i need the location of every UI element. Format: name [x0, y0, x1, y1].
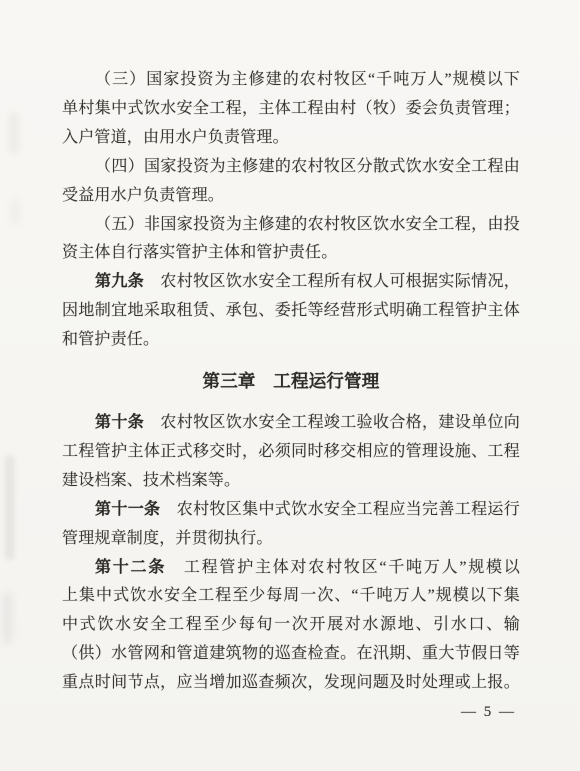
paragraph-line: 建设档案、技术档案等。 — [62, 467, 520, 496]
line-text: 农村牧区集中式饮水安全工程应当完善工程运行 — [160, 501, 520, 518]
scan-artifact — [3, 592, 12, 644]
paragraph-line: 和管护责任。 — [62, 326, 520, 355]
paragraph-line: 重点时间节点，应当增加巡查频次，发现问题及时处理或上报。 — [62, 669, 520, 698]
paragraph-line: 入户管道，由用水户负责管理。 — [62, 124, 520, 153]
line-text: 管理规章制度，并贯彻执行。 — [62, 530, 273, 547]
line-text: 因地制宜地采取租赁、承包、委托等经营形式明确工程管护主体 — [62, 302, 520, 319]
paragraph-line: （供）水管网和管道建筑物的巡查检查。在汛期、重大节假日等 — [62, 640, 520, 669]
article-line: 第十一条 农村牧区集中式饮水安全工程应当完善工程运行 — [62, 496, 520, 525]
paragraph-line: 中式饮水安全工程至少每旬一次开展对水源地、引水口、输 — [62, 611, 520, 640]
chapter-heading-text: 第三章 工程运行管理 — [203, 371, 380, 391]
page-number: — 5 — — [62, 698, 520, 727]
line-text: 中式饮水安全工程至少每旬一次开展对水源地、引水口、输 — [62, 616, 520, 633]
article-number: 第十二条 — [95, 559, 166, 576]
paragraph-line: 工程管护主体正式移交时，必须同时移交相应的管理设施、工程 — [62, 438, 520, 467]
line-text: 受益用水户负责管理。 — [62, 187, 224, 204]
line-text: 单村集中式饮水安全工程，主体工程由村（牧）委会负责管理； — [62, 100, 520, 117]
line-text: （三）国家投资为主修建的农村牧区“千吨万人”规模以下 — [95, 71, 520, 88]
scanned-document-page: （三）国家投资为主修建的农村牧区“千吨万人”规模以下 单村集中式饮水安全工程，主… — [0, 0, 580, 771]
line-text: （五）非国家投资为主修建的农村牧区饮水安全工程，由投 — [95, 216, 520, 233]
paragraph-line: 管理规章制度，并贯彻执行。 — [62, 525, 520, 554]
article-line: 第十二条 工程管护主体对农村牧区“千吨万人”规模以 — [62, 554, 520, 583]
paragraph-line: 因地制宜地采取租赁、承包、委托等经营形式明确工程管护主体 — [62, 297, 520, 326]
line-text: 工程管护主体正式移交时，必须同时移交相应的管理设施、工程 — [62, 443, 520, 460]
vertical-spacer — [62, 355, 520, 367]
line-text: 农村牧区饮水安全工程竣工验收合格，建设单位向 — [144, 414, 520, 431]
document-text-block: （三）国家投资为主修建的农村牧区“千吨万人”规模以下 单村集中式饮水安全工程，主… — [62, 66, 520, 727]
line-text: 和管护责任。 — [62, 331, 159, 348]
line-text: 工程管护主体对农村牧区“千吨万人”规模以 — [166, 559, 520, 576]
paragraph-line: 受益用水户负责管理。 — [62, 182, 520, 211]
paragraph-line: （四）国家投资为主修建的农村牧区分散式饮水安全工程由 — [62, 153, 520, 182]
vertical-spacer — [62, 396, 520, 409]
paragraph-line: 资主体自行落实管护主体和管护责任。 — [62, 239, 520, 268]
paragraph-line: 单村集中式饮水安全工程，主体工程由村（牧）委会负责管理； — [62, 95, 520, 124]
article-number: 第十条 — [95, 414, 144, 431]
chapter-heading: 第三章 工程运行管理 — [62, 367, 520, 396]
paragraph-line: 上集中式饮水安全工程至少每周一次、“千吨万人”规模以下集 — [62, 582, 520, 611]
line-text: 入户管道，由用水户负责管理。 — [62, 129, 289, 146]
line-text: 农村牧区饮水安全工程所有权人可根据实际情况， — [144, 273, 520, 290]
line-text: （供）水管网和管道建筑物的巡查检查。在汛期、重大节假日等 — [62, 645, 520, 662]
article-line: 第十条 农村牧区饮水安全工程竣工验收合格，建设单位向 — [62, 409, 520, 438]
line-text: 资主体自行落实管护主体和管护责任。 — [62, 244, 337, 261]
article-number: 第十一条 — [95, 501, 160, 518]
paragraph-line: （三）国家投资为主修建的农村牧区“千吨万人”规模以下 — [62, 66, 520, 95]
scan-artifact — [9, 112, 19, 154]
line-text: 建设档案、技术档案等。 — [62, 472, 240, 489]
line-text: 重点时间节点，应当增加巡查频次，发现问题及时处理或上报。 — [62, 674, 520, 691]
scan-artifact — [5, 455, 14, 560]
paragraph-line: （五）非国家投资为主修建的农村牧区饮水安全工程，由投 — [62, 211, 520, 240]
line-text: （四）国家投资为主修建的农村牧区分散式饮水安全工程由 — [95, 158, 520, 175]
article-line: 第九条 农村牧区饮水安全工程所有权人可根据实际情况， — [62, 268, 520, 297]
line-text: 上集中式饮水安全工程至少每周一次、“千吨万人”规模以下集 — [62, 587, 520, 604]
scan-artifact — [11, 198, 19, 224]
article-number: 第九条 — [95, 273, 144, 290]
